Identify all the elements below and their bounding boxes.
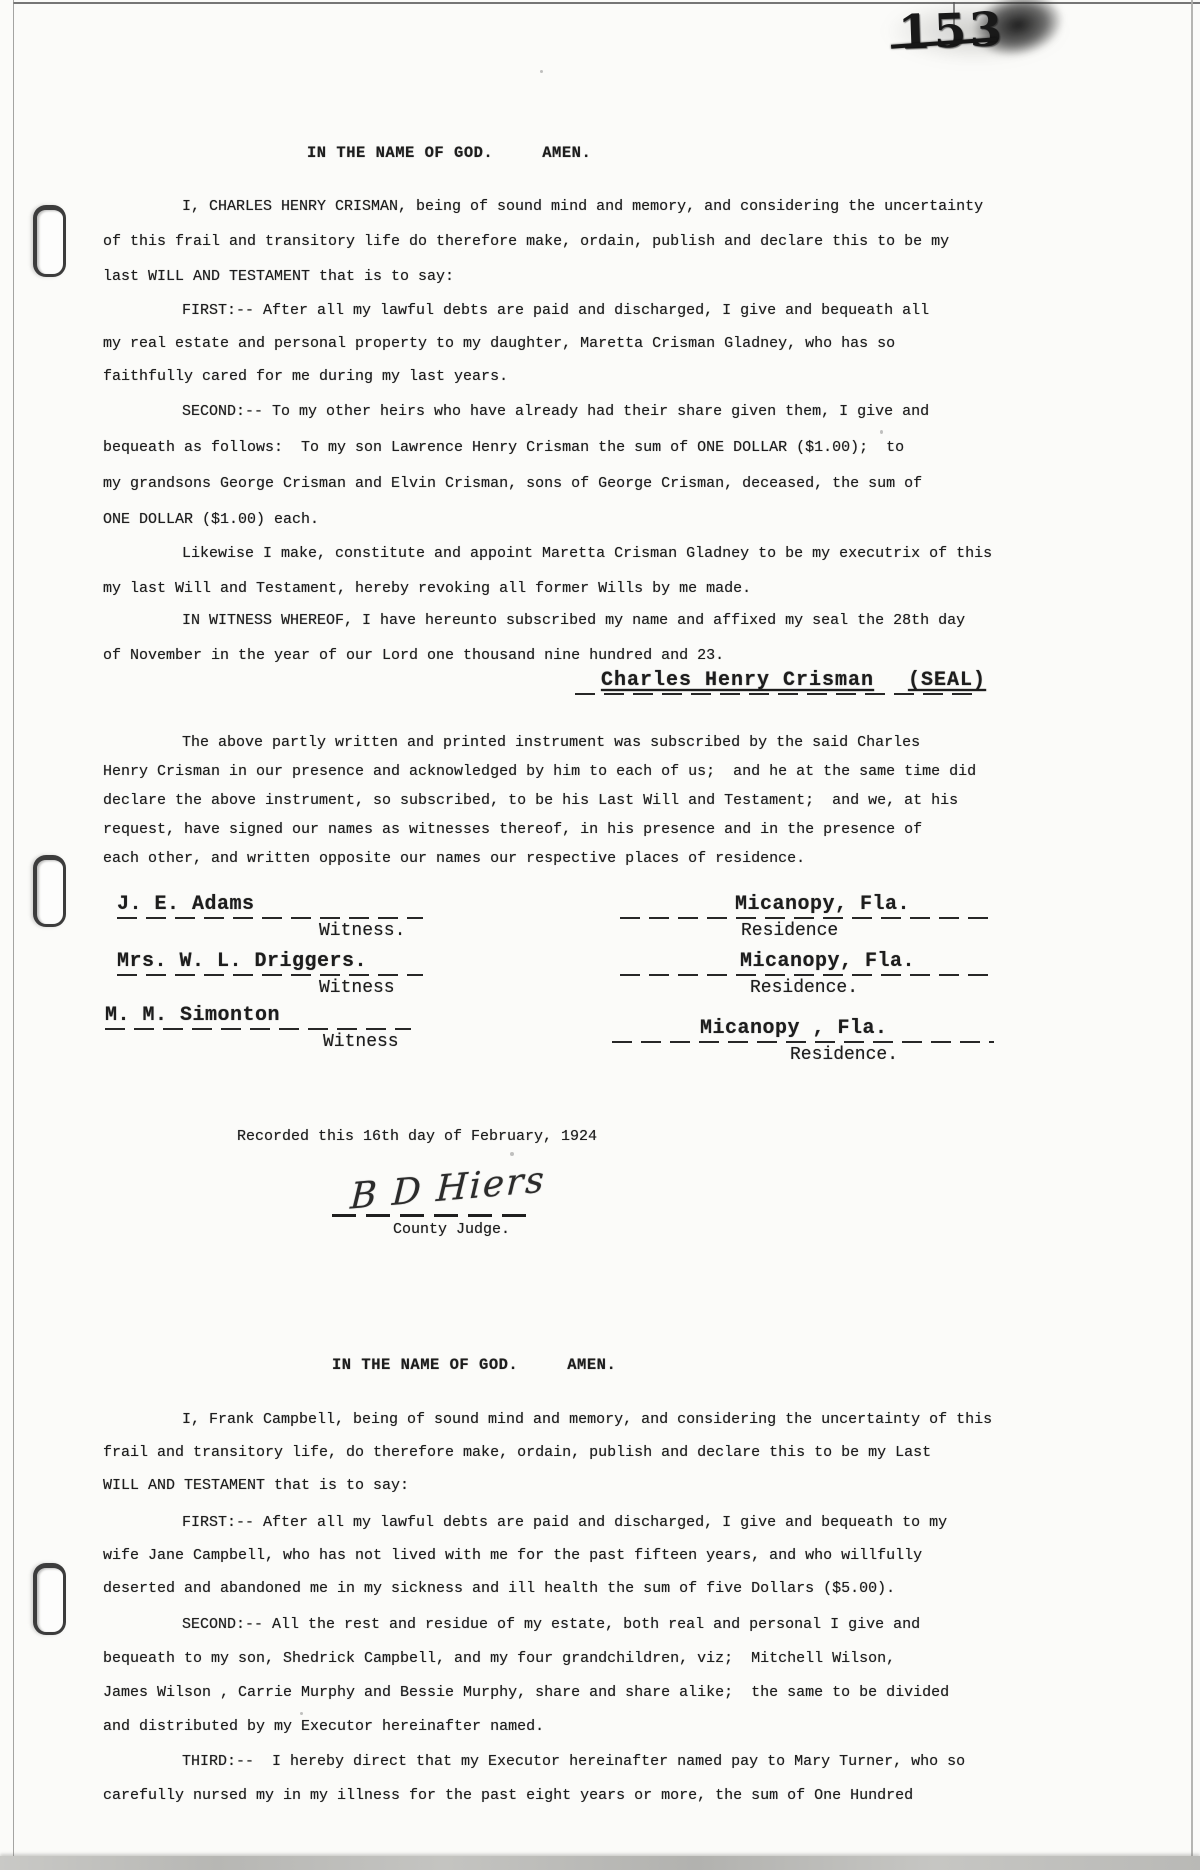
witness-entry: J. E. Adams Witness.	[117, 893, 423, 941]
will1-paragraph-opening: I, CHARLES HENRY CRISMAN, being of sound…	[103, 189, 983, 294]
text-line: of November in the year of our Lord one …	[103, 638, 965, 673]
scanned-will-document-page: 153 IN THE NAME OF GOD. AMEN. I, CHARLES…	[0, 0, 1200, 1870]
will1-paragraph-first: FIRST:-- After all my lawful debts are p…	[103, 294, 929, 393]
text-line: my grandsons George Crisman and Elvin Cr…	[103, 466, 929, 502]
text-line: The above partly written and printed ins…	[103, 728, 976, 757]
page-border-left	[13, 0, 14, 1870]
text-line: declare the above instrument, so subscri…	[103, 786, 976, 815]
scan-speck	[540, 70, 543, 73]
page-border-right	[1191, 0, 1193, 1870]
testator-signature-line: Charles Henry Crisman(SEAL)	[575, 669, 977, 695]
text-line: my real estate and personal property to …	[103, 327, 929, 360]
residence-name: Micanopy, Fla.	[620, 950, 992, 976]
witness-label: Witness	[319, 978, 423, 998]
will2-paragraph-second: SECOND:-- All the rest and residue of my…	[103, 1608, 949, 1744]
will1-attestation-paragraph: The above partly written and printed ins…	[103, 728, 976, 873]
text-line: my last Will and Testament, hereby revok…	[103, 571, 992, 606]
text-line: and distributed by my Executor hereinaft…	[103, 1710, 949, 1744]
binder-clasp	[33, 855, 66, 927]
bottom-scan-strip	[0, 1856, 1200, 1870]
text-line: THIRD:-- I hereby direct that my Executo…	[103, 1745, 965, 1779]
text-line: request, have signed our names as witnes…	[103, 815, 976, 844]
seal-label: (SEAL)	[908, 669, 986, 692]
text-line: ONE DOLLAR ($1.00) each.	[103, 502, 929, 538]
text-line: FIRST:-- After all my lawful debts are p…	[103, 294, 929, 327]
residence-entry: Micanopy , Fla. Residence.	[612, 1017, 994, 1065]
residence-name: Micanopy, Fla.	[620, 893, 992, 919]
text-line: James Wilson , Carrie Murphy and Bessie …	[103, 1676, 949, 1710]
judge-signature: B D Hiers	[349, 1159, 547, 1217]
binder-clasp	[33, 205, 66, 277]
will1-paragraph-witness-whereof: IN WITNESS WHEREOF, I have hereunto subs…	[103, 603, 965, 673]
will2-paragraph-opening: I, Frank Campbell, being of sound mind a…	[103, 1403, 992, 1502]
residence-label: Residence.	[790, 1045, 994, 1065]
text-line: wife Jane Campbell, who has not lived wi…	[103, 1539, 947, 1572]
text-line: each other, and written opposite our nam…	[103, 844, 976, 873]
witness-name: M. M. Simonton	[105, 1004, 411, 1030]
witness-label: Witness	[323, 1032, 411, 1052]
text-line: Henry Crisman in our presence and acknow…	[103, 757, 976, 786]
text-line: I, CHARLES HENRY CRISMAN, being of sound…	[103, 189, 983, 224]
text-line: faithfully cared for me during my last y…	[103, 360, 929, 393]
witness-entry: M. M. Simonton Witness	[105, 1004, 411, 1052]
will2-paragraph-first: FIRST:-- After all my lawful debts are p…	[103, 1506, 947, 1605]
text-line: carefully nursed my in my illness for th…	[103, 1779, 965, 1813]
judge-title: County Judge.	[393, 1221, 510, 1238]
page-number-stamp: 153	[897, 2, 1006, 61]
residence-label: Residence.	[750, 978, 992, 998]
will2-heading: IN THE NAME OF GOD. AMEN.	[332, 1356, 616, 1374]
scan-speck	[880, 430, 883, 434]
testator-signature: Charles Henry Crisman(SEAL)	[575, 669, 986, 692]
text-line: last WILL AND TESTAMENT that is to say:	[103, 259, 983, 294]
text-line: of this frail and transitory life do the…	[103, 224, 983, 259]
text-line: FIRST:-- After all my lawful debts are p…	[103, 1506, 947, 1539]
residence-name: Micanopy , Fla.	[612, 1017, 994, 1043]
witness-entry: Mrs. W. L. Driggers. Witness	[117, 950, 423, 998]
recorded-line: Recorded this 16th day of February, 1924	[237, 1128, 597, 1145]
witness-name: Mrs. W. L. Driggers.	[117, 950, 423, 976]
residence-entry: Micanopy, Fla. Residence.	[620, 950, 992, 998]
text-line: IN WITNESS WHEREOF, I have hereunto subs…	[103, 603, 965, 638]
witness-label: Witness.	[319, 921, 423, 941]
text-line: deserted and abandoned me in my sickness…	[103, 1572, 947, 1605]
will1-paragraph-second: SECOND:-- To my other heirs who have alr…	[103, 394, 929, 538]
text-line: bequeath to my son, Shedrick Campbell, a…	[103, 1642, 949, 1676]
text-line: SECOND:-- To my other heirs who have alr…	[103, 394, 929, 430]
will2-paragraph-third: THIRD:-- I hereby direct that my Executo…	[103, 1745, 965, 1813]
binder-clasp	[33, 1563, 66, 1635]
text-line: frail and transitory life, do therefore …	[103, 1436, 992, 1469]
residence-label: Residence	[741, 921, 992, 941]
text-line: I, Frank Campbell, being of sound mind a…	[103, 1403, 992, 1436]
text-line: WILL AND TESTAMENT that is to say:	[103, 1469, 992, 1502]
witness-name: J. E. Adams	[117, 893, 423, 919]
scan-speck	[300, 1712, 303, 1715]
residence-entry: Micanopy, Fla. Residence	[620, 893, 992, 941]
will1-paragraph-executrix: Likewise I make, constitute and appoint …	[103, 536, 992, 606]
text-line: SECOND:-- All the rest and residue of my…	[103, 1608, 949, 1642]
text-line: Likewise I make, constitute and appoint …	[103, 536, 992, 571]
scan-speck	[915, 770, 919, 773]
scan-speck	[510, 1152, 514, 1156]
text-line: bequeath as follows: To my son Lawrence …	[103, 430, 929, 466]
will1-heading: IN THE NAME OF GOD. AMEN.	[307, 144, 591, 162]
judge-signature-line	[332, 1214, 528, 1217]
